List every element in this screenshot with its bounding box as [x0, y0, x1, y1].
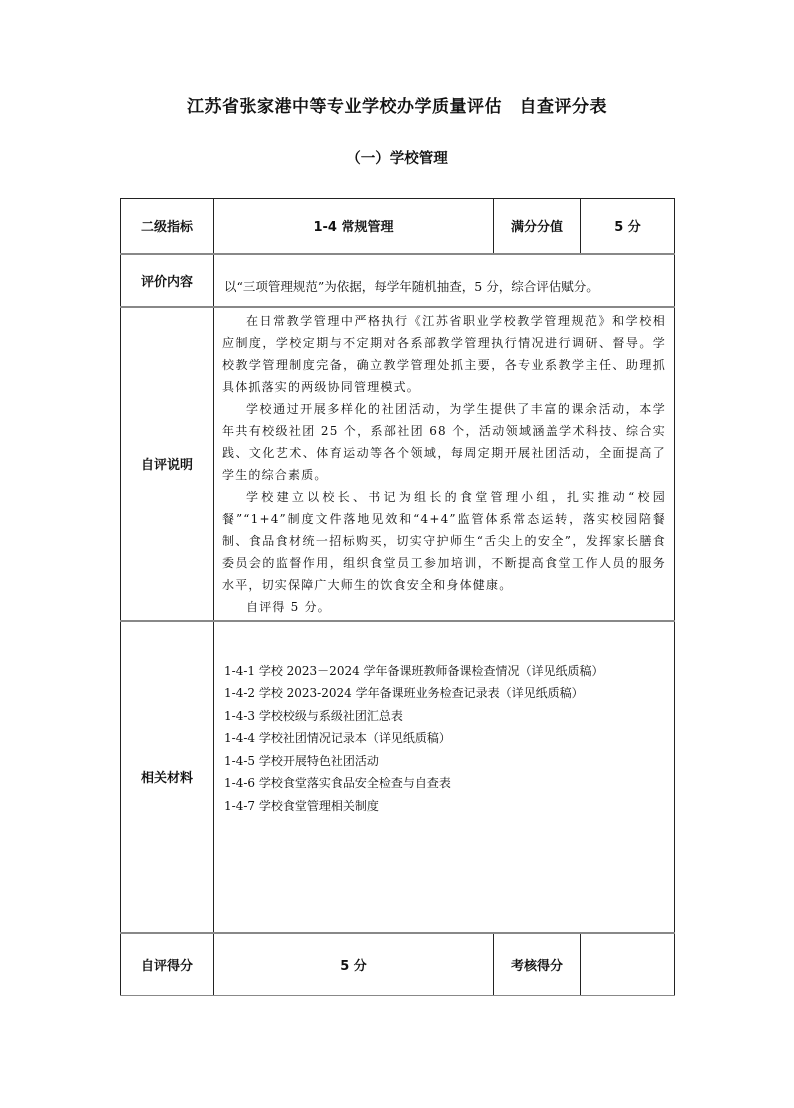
self-evaluation-paragraph: 学校通过开展多样化的社团活动，为学生提供了丰富的课余活动，本学年共有校级社团 2… [222, 398, 666, 486]
materials-row: 相关材料 1-4-1 学校 2023－2024 学年备课班教师备课检查情况（详见… [121, 621, 675, 933]
indicator-label: 二级指标 [121, 199, 214, 254]
self-score-label: 自评得分 [121, 933, 214, 996]
self-evaluation-paragraph: 自评得 5 分。 [222, 596, 666, 618]
self-assessment-table: 二级指标 1-4 常规管理 满分分值 5 分 评价内容 以“三项管理规范”为依据… [120, 198, 675, 996]
self-evaluation-row: 自评说明 在日常教学管理中严格执行《江苏省职业学校教学管理规范》和学校相应制度，… [121, 307, 675, 621]
full-score-value: 5 分 [581, 199, 675, 254]
review-score-label: 考核得分 [494, 933, 581, 996]
self-evaluation-label: 自评说明 [121, 307, 214, 621]
document-title: 江苏省张家港中等专业学校办学质量评估 自查评分表 [0, 92, 794, 117]
self-score-value: 5 分 [214, 933, 494, 996]
full-score-label: 满分分值 [494, 199, 581, 254]
material-item: 1-4-4 学校社团情况记录本（详见纸质稿） [224, 727, 668, 750]
material-item: 1-4-7 学校食堂管理相关制度 [224, 795, 668, 818]
indicator-value: 1-4 常规管理 [214, 199, 494, 254]
material-item: 1-4-5 学校开展特色社团活动 [224, 750, 668, 773]
review-score-value [581, 933, 675, 996]
section-subtitle: （一）学校管理 [0, 147, 794, 168]
evaluation-content-row: 评价内容 以“三项管理规范”为依据，每学年随机抽查，5 分，综合评估赋分。 [121, 254, 675, 307]
self-evaluation-paragraph: 学校建立以校长、书记为组长的食堂管理小组，扎实推动“校园餐”“1+4”制度文件落… [222, 486, 666, 596]
materials-label: 相关材料 [121, 621, 214, 933]
score-row: 自评得分 5 分 考核得分 [121, 933, 675, 996]
materials-list: 1-4-1 学校 2023－2024 学年备课班教师备课检查情况（详见纸质稿） … [214, 621, 675, 933]
material-item: 1-4-3 学校校级与系级社团汇总表 [224, 705, 668, 728]
evaluation-content-label: 评价内容 [121, 254, 214, 307]
material-item: 1-4-6 学校食堂落实食品安全检查与自查表 [224, 772, 668, 795]
material-item: 1-4-1 学校 2023－2024 学年备课班教师备课检查情况（详见纸质稿） [224, 660, 668, 683]
material-item: 1-4-2 学校 2023-2024 学年备课班业务检查记录表（详见纸质稿） [224, 682, 668, 705]
self-evaluation-text: 在日常教学管理中严格执行《江苏省职业学校教学管理规范》和学校相应制度，学校定期与… [214, 307, 675, 621]
self-evaluation-paragraph: 在日常教学管理中严格执行《江苏省职业学校教学管理规范》和学校相应制度，学校定期与… [222, 310, 666, 398]
evaluation-content-value: 以“三项管理规范”为依据，每学年随机抽查，5 分，综合评估赋分。 [214, 254, 675, 307]
indicator-row: 二级指标 1-4 常规管理 满分分值 5 分 [121, 199, 675, 254]
